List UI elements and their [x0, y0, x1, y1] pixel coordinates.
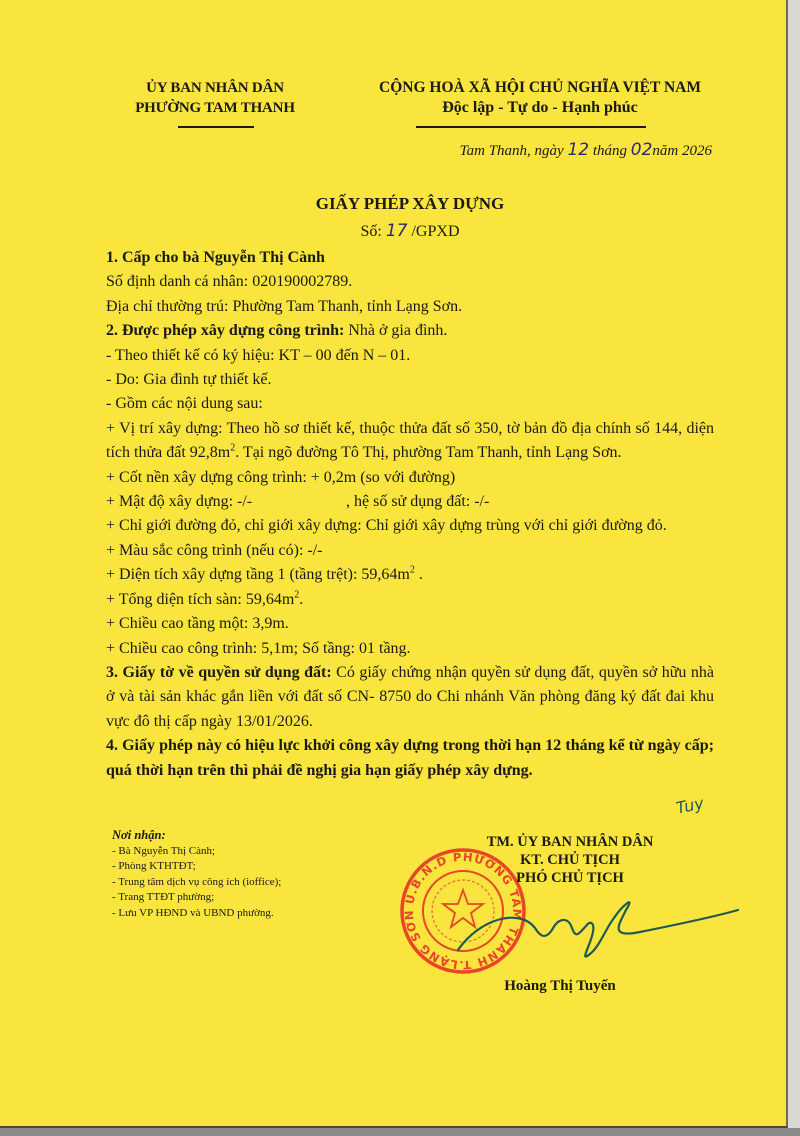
number-value: 17 — [386, 221, 408, 241]
total-floor-area-text: + Tổng diện tích sàn: 59,64m — [106, 591, 294, 608]
date-year: năm 2026 — [652, 143, 712, 159]
agency-line-2: PHƯỜNG TAM THANH — [112, 98, 318, 118]
id-number: Số định danh cá nhân: 020190002789. — [106, 270, 714, 294]
handwritten-signature — [440, 888, 740, 968]
designer: - Do: Gia đình tự thiết kế. — [106, 368, 714, 392]
boundary: + Chỉ giới đường đỏ, chỉ giới xây dựng: … — [106, 514, 714, 538]
recipient-item: - Trang TTĐT phường; — [112, 890, 392, 906]
recipient-item: - Bà Nguyễn Thị Cành; — [112, 844, 392, 860]
issuing-agency: ỦY BAN NHÂN DÂN PHƯỜNG TAM THANH — [112, 78, 318, 118]
document-title: GIẤY PHÉP XÂY DỰNG — [100, 194, 720, 214]
permit-number: Số: 17 /GPXD — [100, 221, 720, 241]
land-use-coefficient: , hệ số sử dụng đất: -/- — [346, 493, 489, 510]
density-row: + Mật độ xây dựng: -/-, hệ số sử dụng đấ… — [106, 490, 714, 514]
agency-line-1: ỦY BAN NHÂN DÂN — [112, 78, 318, 98]
total-floor-area-tail: . — [299, 591, 303, 608]
signer-name: Hoàng Thị Tuyến — [440, 978, 680, 995]
floor1-area-text: + Diện tích xây dựng tầng 1 (tầng trệt):… — [106, 566, 410, 583]
floor1-area-tail: . — [415, 566, 423, 583]
location: + Vị trí xây dựng: Theo hồ sơ thiết kế, … — [106, 417, 714, 466]
signature-block: TM. ỦY BAN NHÂN DÂN KT. CHỦ TỊCH PHÓ CHỦ… — [440, 833, 700, 887]
floor1-height: + Chiều cao tầng một: 3,9m. — [106, 612, 714, 636]
total-floor-area: + Tổng diện tích sàn: 59,64m2. — [106, 588, 714, 612]
building-height: + Chiều cao công trình: 5,1m; Số tầng: 0… — [106, 637, 714, 661]
date-line: Tam Thanh, ngày 12 tháng 02năm 2026 — [360, 140, 712, 160]
section2-heading-value: Nhà ở gia đình. — [344, 322, 447, 339]
section3-heading: 3. Giấy tờ về quyền sử dụng đất: — [106, 664, 332, 681]
initial-mark: Tuy — [674, 793, 705, 817]
date-place: Tam Thanh, ngày — [460, 143, 568, 159]
motto-underline — [416, 126, 646, 128]
document-page: ỦY BAN NHÂN DÂN PHƯỜNG TAM THANH CỘNG HO… — [0, 0, 788, 1128]
sign-line-3: PHÓ CHỦ TỊCH — [440, 869, 700, 887]
recipient-item: - Phòng KTHTĐT; — [112, 859, 392, 875]
date-month: 02 — [631, 140, 653, 160]
recipient-item: - Lưu VP HĐND và UBND phường. — [112, 906, 392, 922]
contents-intro: - Gồm các nội dung sau: — [106, 392, 714, 416]
date-month-label: tháng — [589, 143, 631, 159]
recipient-item: - Trung tâm dịch vụ công ích (ioffice); — [112, 875, 392, 891]
national-header: CỘNG HOÀ XÃ HỘI CHỦ NGHĨA VIỆT NAM Độc l… — [350, 78, 730, 118]
nation-motto: Độc lập - Tự do - Hạnh phúc — [350, 98, 730, 118]
section1-heading: 1. Cấp cho bà Nguyễn Thị Cành — [106, 249, 325, 266]
permit-body: 1. Cấp cho bà Nguyễn Thị Cành Số định da… — [106, 246, 714, 783]
number-prefix: Số: — [361, 223, 386, 240]
building-density: + Mật độ xây dựng: -/- — [106, 490, 346, 514]
section4: 4. Giấy phép này có hiệu lực khởi công x… — [106, 734, 714, 783]
section3: 3. Giấy tờ về quyền sử dụng đất: Có giấy… — [106, 661, 714, 734]
floor1-area: + Diện tích xây dựng tầng 1 (tầng trệt):… — [106, 563, 714, 587]
sign-line-1: TM. ỦY BAN NHÂN DÂN — [440, 833, 700, 851]
location-tail: . Tại ngõ đường Tô Thị, phường Tam Thanh… — [235, 444, 621, 461]
agency-underline — [178, 126, 254, 128]
building-color: + Màu sắc công trình (nếu có): -/- — [106, 539, 714, 563]
sign-line-2: KT. CHỦ TỊCH — [440, 851, 700, 869]
nation-line-1: CỘNG HOÀ XÃ HỘI CHỦ NGHĨA VIỆT NAM — [350, 78, 730, 98]
recipients: Nơi nhận: - Bà Nguyễn Thị Cành; - Phòng … — [112, 828, 392, 921]
date-day: 12 — [567, 140, 589, 160]
recipients-title: Nơi nhận: — [112, 828, 392, 844]
design-code: - Theo thiết kế có ký hiệu: KT – 00 đến … — [106, 344, 714, 368]
permanent-address: Địa chỉ thường trú: Phường Tam Thanh, tỉ… — [106, 295, 714, 319]
section2-heading: 2. Được phép xây dựng công trình: Nhà ở … — [106, 319, 714, 343]
section2-heading-label: 2. Được phép xây dựng công trình: — [106, 322, 344, 339]
number-suffix: /GPXD — [407, 223, 459, 240]
foundation-level: + Cốt nền xây dựng công trình: + 0,2m (s… — [106, 466, 714, 490]
